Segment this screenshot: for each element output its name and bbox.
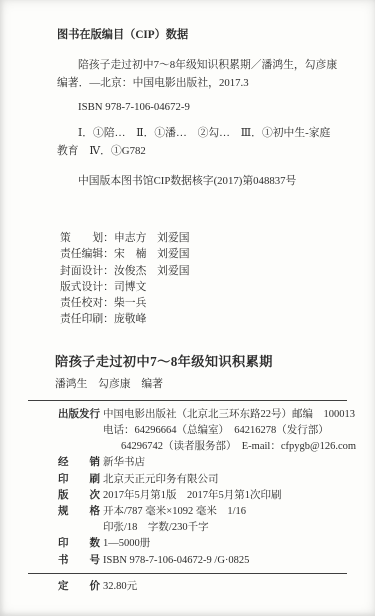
- colophon: 出版发行 中国电影出版社（北京北三环东路22号）邮编 100013 电话：642…: [0, 407, 375, 569]
- colophon-row-publisher: 出版发行 中国电影出版社（北京北三环东路22号）邮编 100013 电话：642…: [58, 407, 375, 456]
- isbn-line: ISBN 978-7-106-04672-9 /G·0825: [103, 553, 375, 569]
- colophon-label: 出版发行: [58, 407, 103, 456]
- colophon-row-isbn: 书 号 ISBN 978-7-106-04672-9 /G·0825: [58, 553, 375, 569]
- colophon-label: 定 价: [58, 579, 103, 595]
- print-run-line: 1—5000册: [103, 536, 375, 552]
- colophon-value: 1—5000册: [103, 536, 375, 552]
- staff-credits: 策 划： 申志方 刘爱国 责任编辑： 宋 楠 刘爱国 封面设计： 汝俊杰 刘爱国…: [0, 230, 375, 328]
- colophon-row-price: 定 价 32.80元: [58, 579, 375, 595]
- staff-label: 封面设计：: [60, 263, 114, 279]
- colophon-value: 32.80元: [103, 579, 375, 595]
- staff-value: 宋 楠 刘爱国: [114, 246, 190, 262]
- format-sheets-line: 印张/18 字数/230千字: [103, 520, 375, 536]
- staff-label: 责任校对：: [60, 295, 114, 311]
- edition-line: 2017年5月第1版 2017年5月第1次印刷: [103, 488, 375, 504]
- staff-label: 责任编辑：: [60, 246, 114, 262]
- publisher-address-line: 中国电影出版社（北京北三环东路22号）邮编 100013: [103, 407, 375, 423]
- book-authors: 潘鸿生 勾彦康 编著: [55, 377, 375, 391]
- colophon-value: 开本/787 毫米×1092 毫米 1/16 印张/18 字数/230千字: [103, 504, 375, 536]
- staff-label: 责任印刷：: [60, 311, 114, 327]
- staff-row-proofreader: 责任校对： 柴一兵: [60, 295, 375, 311]
- colophon-row-format: 规 格 开本/787 毫米×1092 毫米 1/16 印张/18 字数/230千…: [58, 504, 375, 536]
- colophon-value: 中国电影出版社（北京北三环东路22号）邮编 100013 电话：64296664…: [103, 407, 375, 456]
- cip-block: 图书在版编目（CIP）数据 陪孩子走过初中7～8年级知识积累期／潘鸿生，勾彦康 …: [0, 0, 375, 190]
- colophon-row-print-run: 印 数 1—5000册: [58, 536, 375, 552]
- colophon-value: 新华书店: [103, 455, 375, 471]
- colophon-label: 印 数: [58, 536, 103, 552]
- cip-record-line1: 陪孩子走过初中7～8年级知识积累期／潘鸿生，勾彦康: [57, 56, 349, 74]
- colophon-label: 书 号: [58, 553, 103, 569]
- price-block: 定 价 32.80元: [0, 579, 375, 595]
- copyright-page: 图书在版编目（CIP）数据 陪孩子走过初中7～8年级知识积累期／潘鸿生，勾彦康 …: [0, 0, 375, 616]
- cip-class-line1: Ⅰ．①陪… Ⅱ．①潘… ②勾… Ⅲ．①初中生-家庭: [57, 124, 349, 142]
- publisher-email-line: 64296742（读者服务部） E-mail：cfpygb@126.com: [103, 439, 375, 455]
- price-line: 32.80元: [103, 579, 375, 595]
- publisher-phone-line: 电话：64296664（总编室） 64216278（发行部）: [103, 423, 375, 439]
- staff-value: 申志方 刘爱国: [114, 230, 190, 246]
- colophon-value: ISBN 978-7-106-04672-9 /G·0825: [103, 553, 375, 569]
- staff-value: 庞敬峰: [114, 311, 146, 327]
- staff-row-printing: 责任印刷： 庞敬峰: [60, 311, 375, 327]
- colophon-row-printer: 印 刷 北京天正元印务有限公司: [58, 472, 375, 488]
- cip-header: 图书在版编目（CIP）数据: [57, 28, 349, 42]
- colophon-row-distributor: 经 销 新华书店: [58, 455, 375, 471]
- colophon-label: 印 刷: [58, 472, 103, 488]
- colophon-value: 北京天正元印务有限公司: [103, 472, 375, 488]
- colophon-label: 规 格: [58, 504, 103, 536]
- colophon-value: 2017年5月第1版 2017年5月第1次印刷: [103, 488, 375, 504]
- divider-rule-top: [28, 400, 347, 401]
- cip-record-line2: 编著．—北京：中国电影出版社，2017.3: [57, 74, 349, 92]
- title-block: 陪孩子走过初中7～8年级知识积累期 潘鸿生 勾彦康 编著: [0, 354, 375, 391]
- staff-value: 汝俊杰 刘爱国: [114, 263, 190, 279]
- staff-label: 策 划：: [60, 230, 114, 246]
- distributor-line: 新华书店: [103, 455, 375, 471]
- printer-line: 北京天正元印务有限公司: [103, 472, 375, 488]
- cip-class-line2: 教育 Ⅳ．①G782: [57, 142, 349, 160]
- staff-row-layout-design: 版式设计： 司博文: [60, 279, 375, 295]
- staff-label: 版式设计：: [60, 279, 114, 295]
- staff-row-cover-design: 封面设计： 汝俊杰 刘爱国: [60, 263, 375, 279]
- divider-rule-bottom: [28, 573, 347, 574]
- colophon-label: 经 销: [58, 455, 103, 471]
- colophon-row-edition: 版 次 2017年5月第1版 2017年5月第1次印刷: [58, 488, 375, 504]
- staff-row-planning: 策 划： 申志方 刘爱国: [60, 230, 375, 246]
- format-size-line: 开本/787 毫米×1092 毫米 1/16: [103, 504, 375, 520]
- staff-value: 司博文: [114, 279, 146, 295]
- cip-registration-number: 中国版本图书馆CIP数据核字(2017)第048837号: [57, 172, 349, 190]
- book-title: 陪孩子走过初中7～8年级知识积累期: [55, 354, 375, 370]
- cip-isbn: ISBN 978-7-106-04672-9: [57, 98, 349, 116]
- staff-row-editor: 责任编辑： 宋 楠 刘爱国: [60, 246, 375, 262]
- staff-value: 柴一兵: [114, 295, 146, 311]
- colophon-label: 版 次: [58, 488, 103, 504]
